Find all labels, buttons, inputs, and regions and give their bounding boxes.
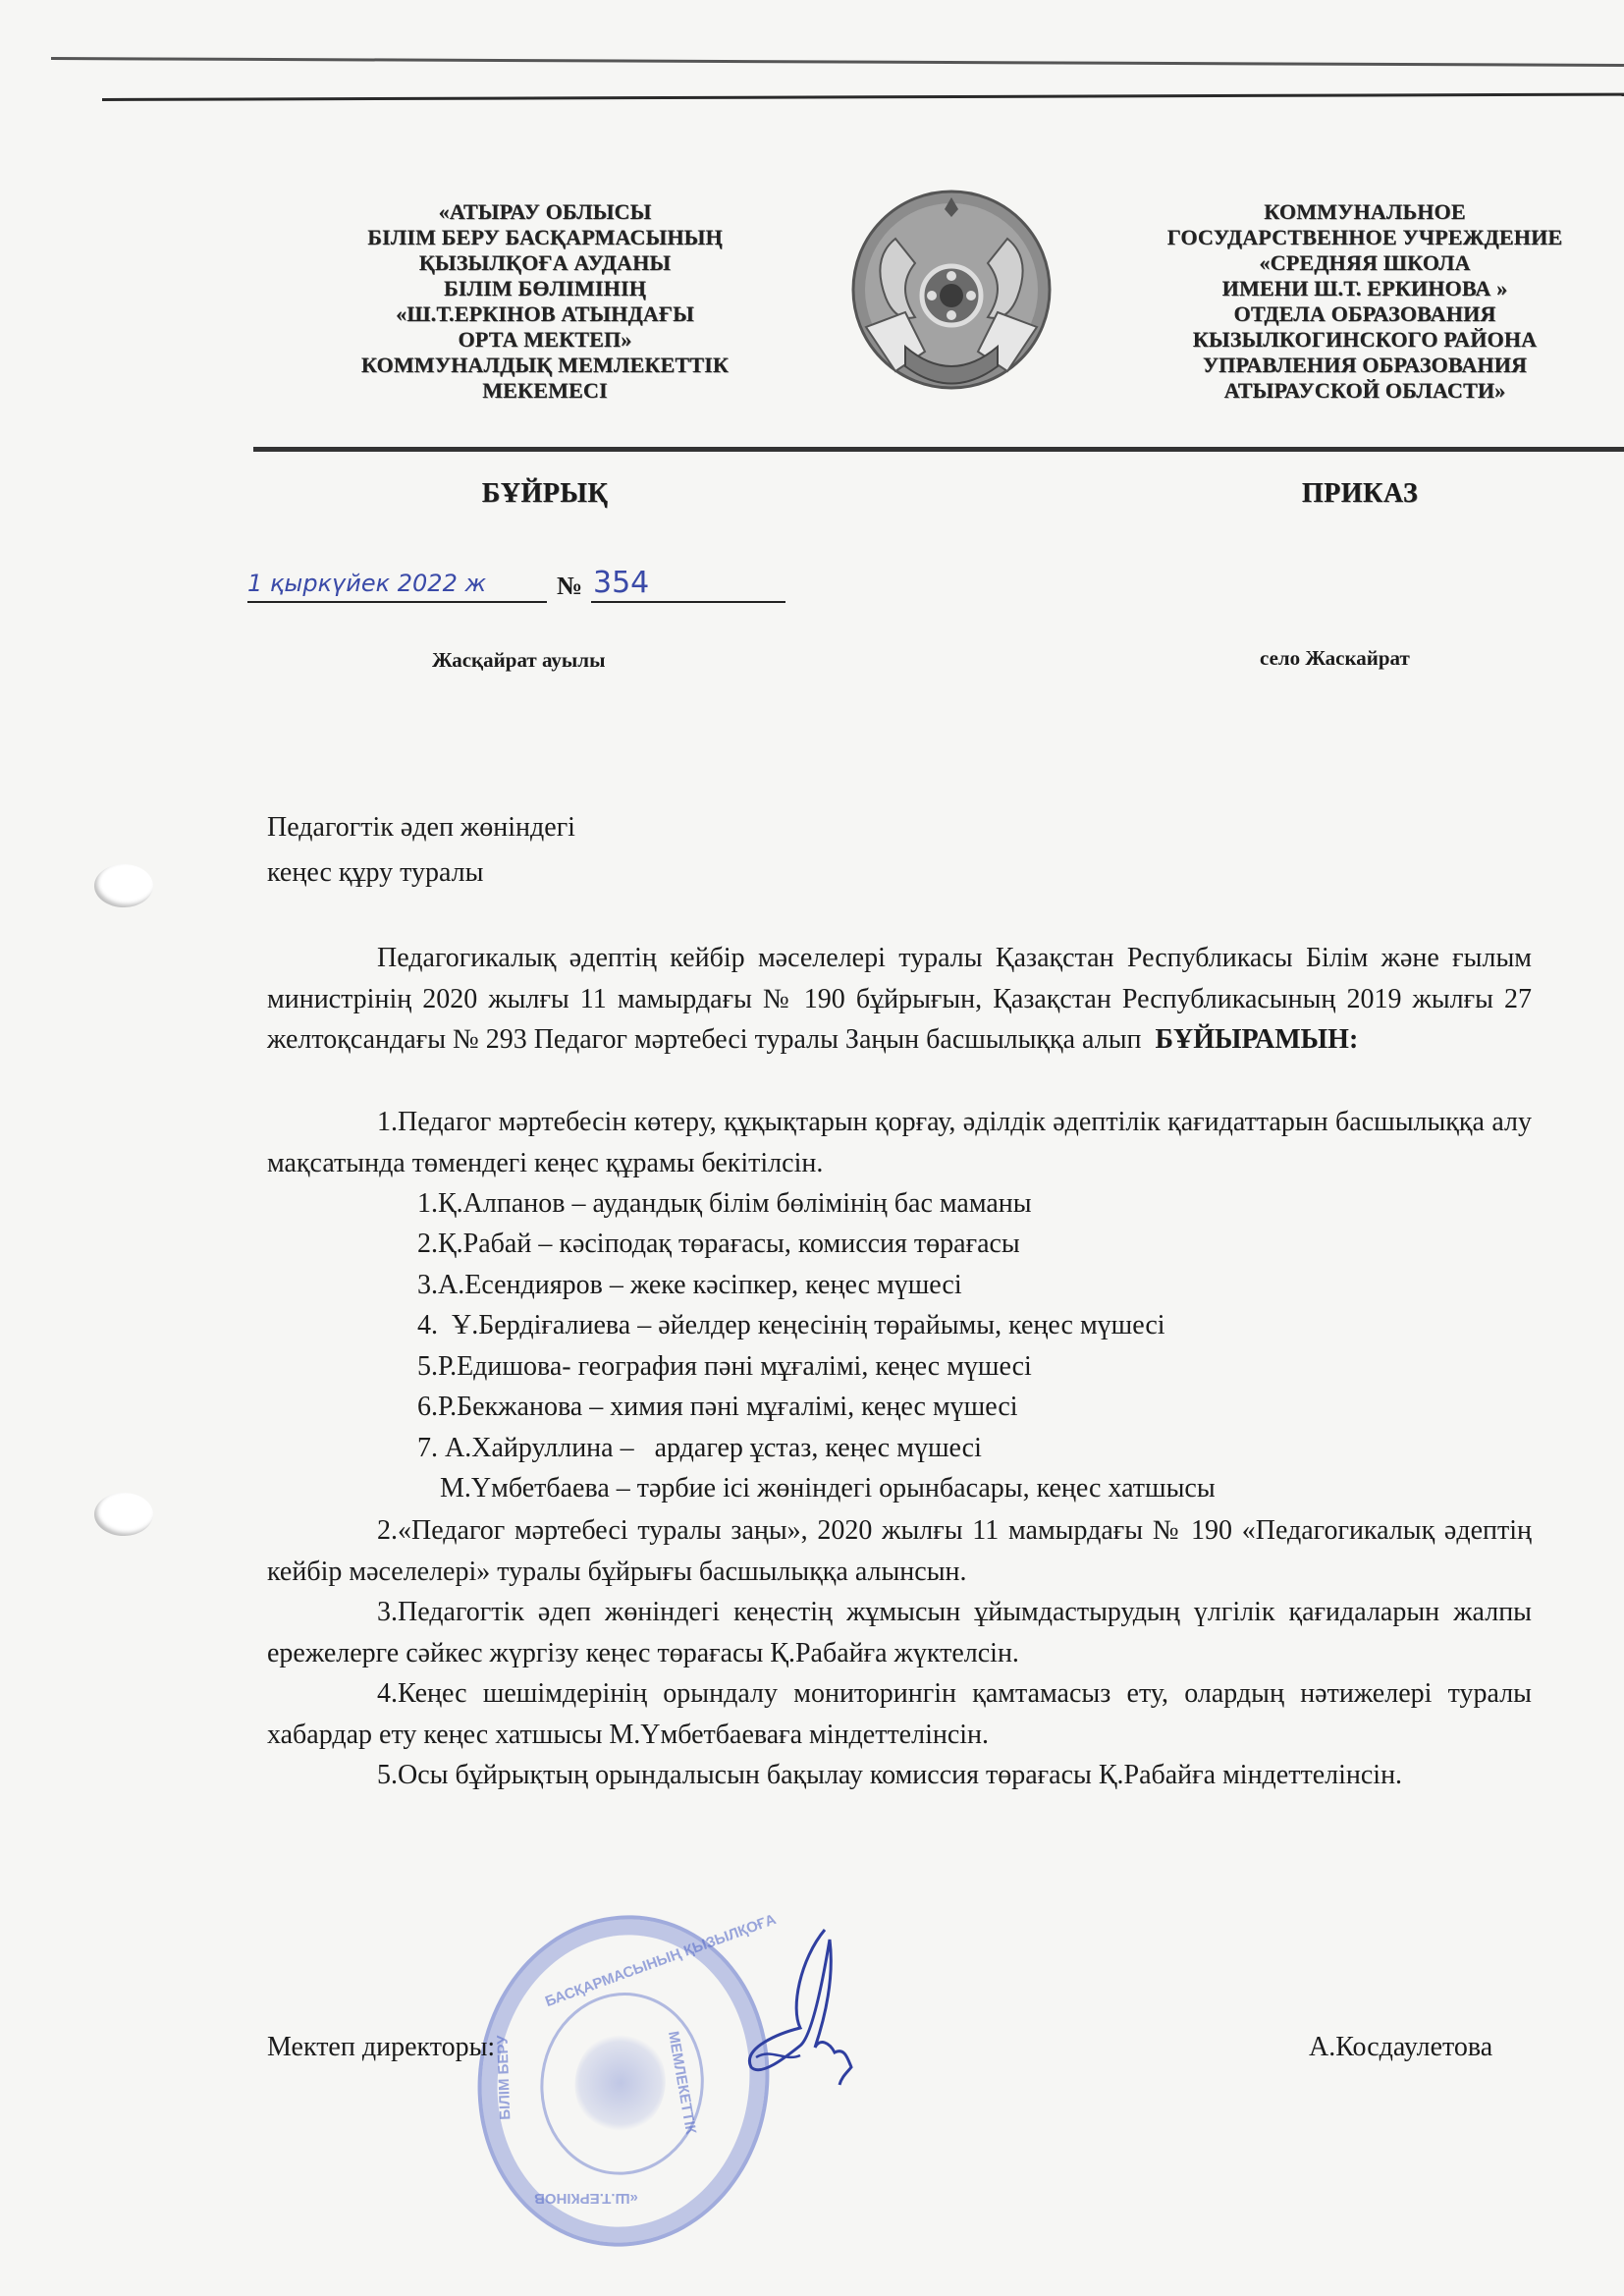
- signatory-name: А.Косдаулетова: [1309, 2027, 1492, 2068]
- header-right-line: «СРЕДНЯЯ ШКОЛА: [1119, 250, 1610, 276]
- order-word: БҰЙЫРАМЫН:: [1156, 1024, 1359, 1055]
- header-right-line: ОТДЕЛА ОБРАЗОВАНИЯ: [1119, 301, 1610, 327]
- council-member: 3.А.Есендияров – жеке кәсіпкер, кеңес мү…: [417, 1265, 962, 1306]
- header-right-line: КЫЗЫЛКОГИНСКОГО РАЙОНА: [1119, 327, 1610, 353]
- order-title-line: Педагогтік әдеп жөніндегі: [267, 807, 575, 848]
- number-sign: №: [557, 572, 582, 601]
- header-left-line: ОРТА МЕКТЕП»: [324, 327, 766, 353]
- order-item-1: 1.Педагог мәртебесін көтеру, құқықтарын …: [267, 1102, 1532, 1183]
- header-right-line: АТЫРАУСКОЙ ОБЛАСТИ»: [1119, 378, 1610, 404]
- preamble: Педагогикалық әдептің кейбір мәселелері …: [267, 938, 1532, 1061]
- header-left-line: ҚЫЗЫЛҚОҒА АУДАНЫ: [324, 250, 766, 276]
- header-separator: [253, 447, 1624, 452]
- header-left-kazakh: «АТЫРАУ ОБЛЫСЫ БІЛІМ БЕРУ БАСҚАРМАСЫНЫҢ …: [324, 199, 766, 404]
- scan-top-rule: [102, 93, 1624, 101]
- stamp-text: «Ш.Т.ЕРКІНОВ: [534, 2190, 638, 2207]
- council-member: 7. А.Хайруллина – ардагер ұстаз, кеңес м…: [417, 1428, 982, 1469]
- place-russian: село Жаскайрат: [1260, 646, 1410, 671]
- council-member: 4. Ұ.Бердіғалиева – әйелдер кеңесінің тө…: [417, 1305, 1165, 1346]
- stamp-text: БІЛІМ БЕРУ: [494, 2035, 514, 2120]
- registration-line: 1 қыркүйек 2022 ж № 354: [247, 570, 797, 609]
- order-item-3: 3.Педагогтік әдеп жөніндегі кеңестің жұм…: [267, 1592, 1532, 1673]
- header-left-line: МЕКЕМЕСІ: [324, 378, 766, 404]
- order-item-5: 5.Осы бұйрықтың орындалысын бақылау коми…: [267, 1755, 1532, 1796]
- order-item-4: 4.Кеңес шешімдерінің орындалу мониторинг…: [267, 1673, 1532, 1755]
- header-right-russian: КОММУНАЛЬНОЕ ГОСУДАРСТВЕННОЕ УЧРЕЖДЕНИЕ …: [1119, 199, 1610, 404]
- header-right-line: ИМЕНИ Ш.Т. ЕРКИНОВА »: [1119, 276, 1610, 301]
- council-member: 6.Р.Бекжанова – химия пәні мұғалімі, кең…: [417, 1387, 1018, 1428]
- doc-type-kazakh: БҰЙРЫҚ: [461, 478, 628, 510]
- council-member: 2.Қ.Рабай – кәсіподақ төрағасы, комиссия…: [417, 1224, 1020, 1265]
- council-member: 5.Р.Едишова- география пәні мұғалімі, ке…: [417, 1346, 1032, 1388]
- date-handwritten: 1 қыркүйек 2022 ж: [247, 570, 486, 597]
- number-handwritten: 354: [593, 566, 649, 600]
- number-underline: [591, 601, 785, 603]
- order-title-line: кеңес құру туралы: [267, 852, 575, 894]
- punch-hole: [94, 864, 153, 907]
- header-right-line: ГОСУДАРСТВЕННОЕ УЧРЕЖДЕНИЕ: [1119, 225, 1610, 250]
- scan-edge-line: [51, 57, 1624, 67]
- place-kazakh: Жасқайрат ауылы: [432, 648, 605, 673]
- header-left-line: КОММУНАЛДЫҚ МЕМЛЕКЕТТІК: [324, 353, 766, 378]
- order-title: Педагогтік әдеп жөніндегі кеңес құру тур…: [267, 807, 575, 893]
- handwritten-signature-icon: [731, 1920, 879, 2087]
- council-member: 1.Қ.Алпанов – аудандық білім бөлімінің б…: [417, 1183, 1032, 1225]
- signatory-position: Мектеп директоры:: [267, 2027, 495, 2068]
- header-left-line: БІЛІМ БЕРУ БАСҚАРМАСЫНЫҢ: [324, 225, 766, 250]
- state-emblem-icon: [846, 180, 1057, 406]
- header-right-line: КОММУНАЛЬНОЕ: [1119, 199, 1610, 225]
- council-secretary: М.Үмбетбаева – тәрбие ісі жөніндегі орын…: [440, 1468, 1216, 1509]
- header-left-line: БІЛІМ БӨЛІМІНІҢ: [324, 276, 766, 301]
- header-left-line: «Ш.Т.ЕРКІНОВ АТЫНДАҒЫ: [324, 301, 766, 327]
- header-right-line: УПРАВЛЕНИЯ ОБРАЗОВАНИЯ: [1119, 353, 1610, 378]
- date-underline: [247, 601, 547, 603]
- header-left-line: «АТЫРАУ ОБЛЫСЫ: [324, 199, 766, 225]
- order-item-2: 2.«Педагог мәртебесі туралы заңы», 2020 …: [267, 1510, 1532, 1592]
- punch-hole: [94, 1493, 153, 1536]
- doc-type-russian: ПРИКАЗ: [1276, 478, 1443, 510]
